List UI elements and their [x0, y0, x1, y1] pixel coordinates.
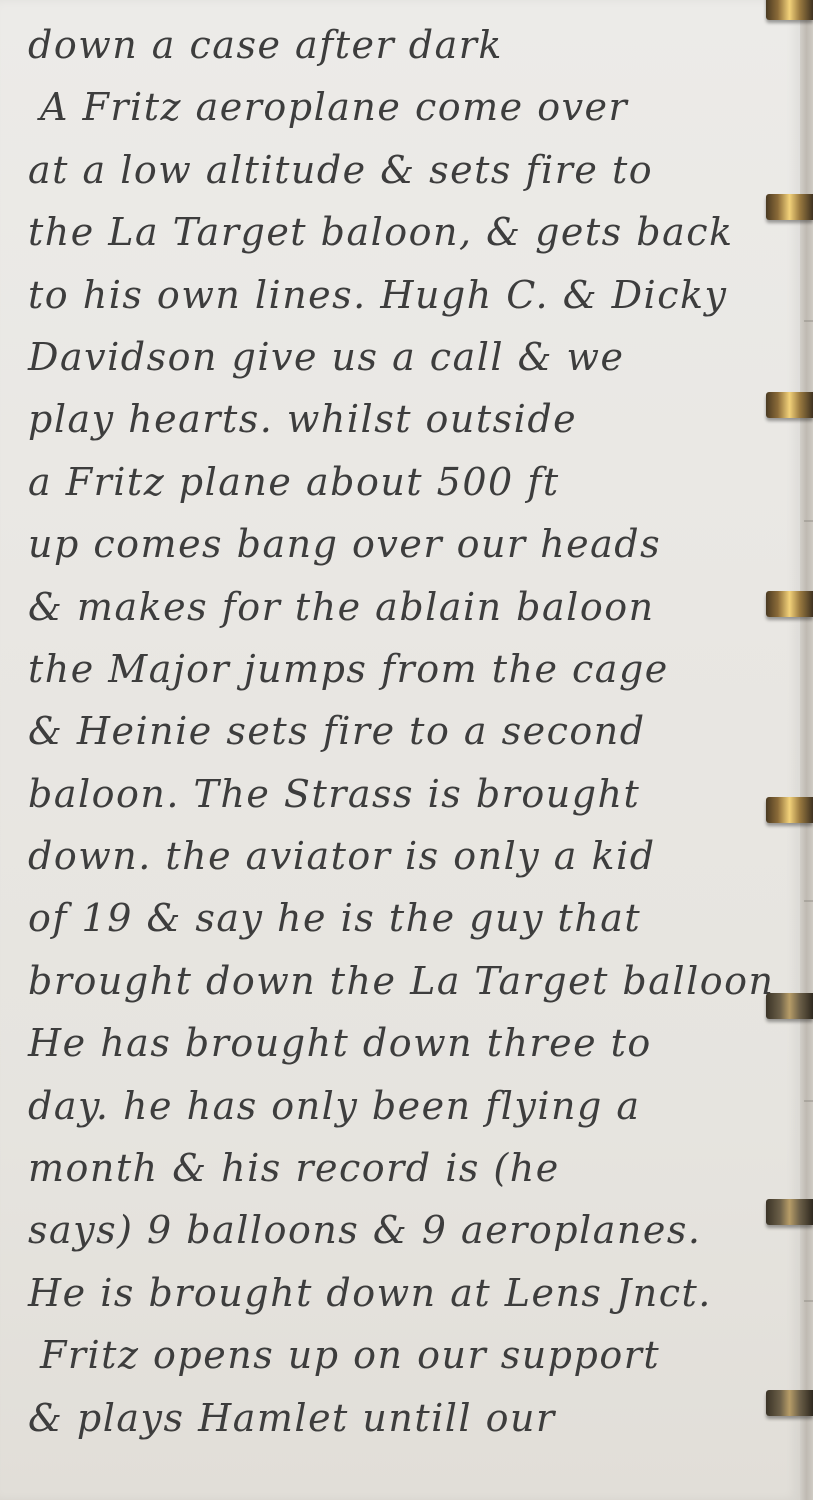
text-line: He has brought down three to [28, 1012, 788, 1074]
text-line: baloon. The Strass is brought [28, 763, 788, 825]
text-line: to his own lines. Hugh C. & Dicky [28, 264, 788, 326]
spiral-ring [766, 0, 813, 20]
text-line: & plays Hamlet untill our [28, 1387, 788, 1449]
text-line: of 19 & say he is the guy that [28, 887, 788, 949]
text-line: Davidson give us a call & we [28, 326, 788, 388]
text-line: day. he has only been flying a [28, 1075, 788, 1137]
page-stack-edge [800, 0, 813, 1500]
text-line: He is brought down at Lens Jnct. [28, 1262, 788, 1324]
text-line: play hearts. whilst outside [28, 388, 788, 450]
text-line: up comes bang over our heads [28, 513, 788, 575]
text-line: says) 9 balloons & 9 aeroplanes. [28, 1199, 788, 1261]
text-line: down a case after dark [28, 14, 788, 76]
spiral-ring [766, 591, 813, 617]
text-line: month & his record is (he [28, 1137, 788, 1199]
text-line: brought down the La Target balloon [28, 950, 788, 1012]
handwritten-text: down a case after dark A Fritz aeroplane… [28, 14, 788, 1449]
text-line: & Heinie sets fire to a second [28, 700, 788, 762]
text-line: a Fritz plane about 500 ft [28, 451, 788, 513]
spiral-ring [766, 1199, 813, 1225]
text-line: at a low altitude & sets fire to [28, 139, 788, 201]
spiral-ring [766, 392, 813, 418]
spiral-ring [766, 194, 813, 220]
text-line: & makes for the ablain baloon [28, 576, 788, 638]
text-line: the Major jumps from the cage [28, 638, 788, 700]
text-line: Fritz opens up on our support [28, 1324, 788, 1386]
notebook-page: down a case after dark A Fritz aeroplane… [0, 0, 800, 1500]
spiral-ring [766, 993, 813, 1019]
text-line: A Fritz aeroplane come over [28, 76, 788, 138]
text-line: down. the aviator is only a kid [28, 825, 788, 887]
spiral-ring [766, 1390, 813, 1416]
spiral-ring [766, 797, 813, 823]
text-line: the La Target baloon, & gets back [28, 201, 788, 263]
